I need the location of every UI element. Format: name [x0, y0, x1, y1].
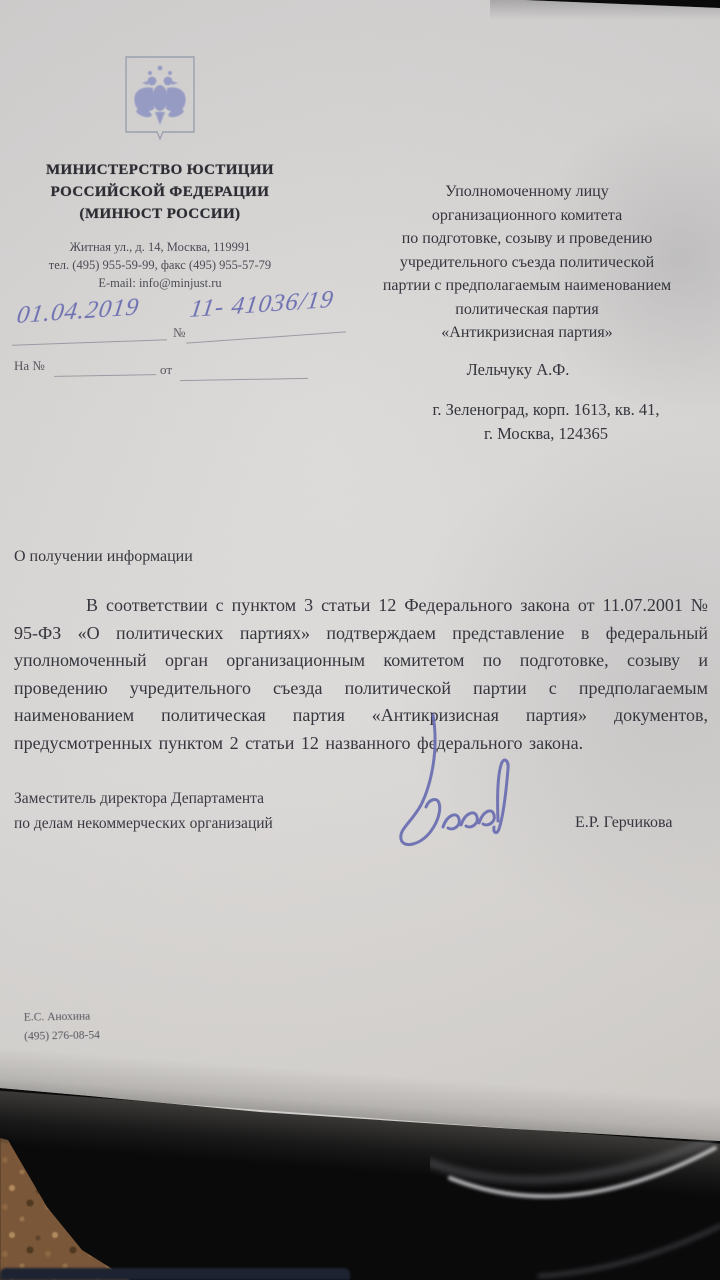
- addressee-line: учредительного съезда политической: [338, 251, 716, 275]
- addressee-line: политическая партия: [338, 298, 716, 322]
- recipient-address-line1: г. Зеленоград, корп. 1613, кв. 41,: [360, 398, 720, 422]
- addressee-line: «Антикризисная партия»: [338, 321, 716, 345]
- handwritten-signature-icon: [395, 705, 515, 855]
- ministry-name-line3: (МИНЮСТ РОССИИ): [10, 203, 310, 225]
- letterhead: МИНИСТЕРСТВО ЮСТИЦИИ РОССИЙСКОЙ ФЕДЕРАЦИ…: [10, 55, 310, 292]
- body-paragraph: В соответствии с пунктом 3 статьи 12 Фед…: [14, 592, 708, 758]
- reply-reference-row: На № от: [10, 355, 355, 389]
- number-underline: [186, 331, 346, 343]
- ministry-name-line2: РОССИЙСКОЙ ФЕДЕРАЦИИ: [10, 181, 310, 203]
- reference-row: 01.04.2019 № 11- 41036/19: [10, 296, 355, 351]
- signer-position-line1: Заместитель директора Департамента: [14, 786, 273, 811]
- recipient-address: г. Зеленоград, корп. 1613, кв. 41, г. Мо…: [360, 398, 720, 446]
- subject-line: О получении информации: [14, 548, 193, 566]
- executor-phone: (495) 276-08-54: [24, 1026, 100, 1046]
- ministry-name-line1: МИНИСТЕРСТВО ЮСТИЦИИ: [10, 159, 310, 181]
- recipient-address-line2: г. Москва, 124365: [360, 422, 720, 446]
- signer-position: Заместитель директора Департамента по де…: [14, 786, 273, 836]
- letterhead-phone-fax: тел. (495) 955-59-99, факс (495) 955-57-…: [10, 256, 310, 274]
- reply-from-label: от: [160, 362, 172, 378]
- signer-position-line2: по делам некоммерческих организаций: [14, 811, 273, 836]
- addressee-block: Уполномоченному лицу организационного ко…: [338, 180, 716, 345]
- addressee-line: партии с предполагаемым наименованием: [338, 274, 716, 298]
- signer-name: Е.Р. Герчикова: [575, 814, 710, 832]
- reply-to-label: На №: [14, 358, 45, 374]
- executor-block: Е.С. Анохина (495) 276-08-54: [24, 1007, 100, 1046]
- document-paper: МИНИСТЕРСТВО ЮСТИЦИИ РОССИЙСКОЙ ФЕДЕРАЦИ…: [0, 0, 720, 1280]
- photo-scene: МИНИСТЕРСТВО ЮСТИЦИИ РОССИЙСКОЙ ФЕДЕРАЦИ…: [0, 0, 720, 1280]
- letterhead-email: E-mail: info@minjust.ru: [10, 274, 310, 292]
- russia-coat-of-arms-icon: [123, 55, 197, 147]
- executor-name: Е.С. Анохина: [24, 1007, 100, 1027]
- dark-object: [0, 1268, 350, 1280]
- addressee-line: по подготовке, созыву и проведению: [338, 227, 716, 251]
- addressee-line: Уполномоченному лицу: [338, 180, 716, 204]
- reply-date-underline: [180, 378, 308, 381]
- reply-number-underline: [54, 374, 156, 377]
- date-underline: [12, 339, 167, 345]
- letterhead-address: Житная ул., д. 14, Москва, 119991: [10, 238, 310, 256]
- outgoing-date-handwritten: 01.04.2019: [15, 293, 141, 330]
- chair-glossy-highlight-icon: [430, 1118, 720, 1280]
- recipient-name: Лельчуку А.Ф.: [338, 360, 698, 380]
- number-sign-label: №: [173, 325, 185, 341]
- addressee-line: организационного комитета: [338, 204, 716, 228]
- paper-top-shading: [490, 0, 720, 20]
